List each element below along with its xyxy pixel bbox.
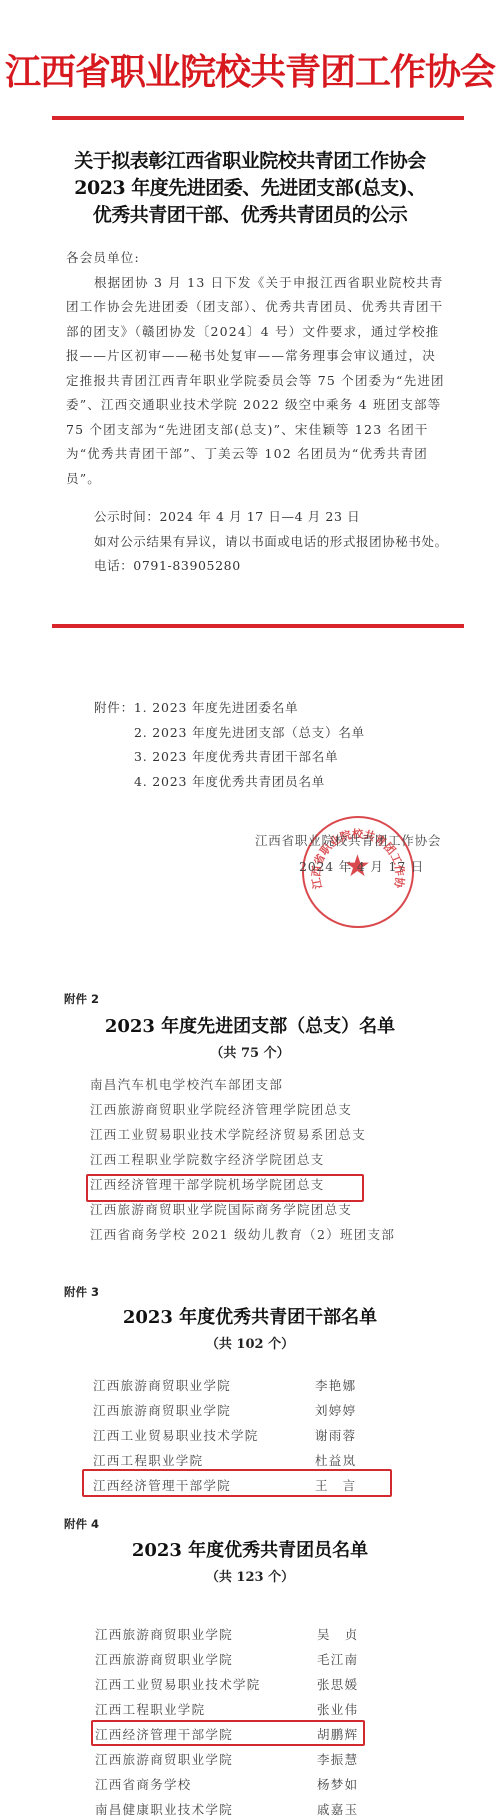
- highlight-box: [82, 1469, 392, 1497]
- annex3-count: （共 102 个）: [0, 1333, 500, 1352]
- list-item: 江西工业贸易职业技术学院经济贸易系团总支: [90, 1122, 395, 1147]
- attachments-label: 附件：: [94, 700, 134, 715]
- notice-period: 公示时间：2024 年 4 月 17 日—4 月 23 日: [94, 505, 474, 530]
- annex3-title: 2023 年度优秀共青团干部名单: [0, 1303, 500, 1329]
- letterhead-org-name: 江西省职业院校共青团工作协会: [0, 52, 500, 92]
- section-divider: [52, 624, 464, 628]
- person-name: 李艳娜: [315, 1373, 356, 1398]
- attachment-item: 2. 2023 年度先进团支部（总支）名单: [94, 721, 365, 746]
- annex4-list: 江西旅游商贸职业学院吴 贞 江西旅游商贸职业学院毛江南 江西工业贸易职业技术学院…: [95, 1622, 261, 1816]
- person-name: 张思媛: [317, 1672, 358, 1697]
- highlight-box: [91, 1720, 365, 1746]
- list-item: 南昌汽车机电学校汽车部团支部: [90, 1072, 395, 1097]
- school: 江西工程职业学院: [95, 1702, 205, 1717]
- list-item: 江西工程职业学院数字经济学院团总支: [90, 1147, 395, 1172]
- annex2-count: （共 75 个）: [0, 1042, 500, 1061]
- school: 江西旅游商贸职业学院: [95, 1752, 233, 1767]
- annex4-title: 2023 年度优秀共青团员名单: [0, 1536, 500, 1562]
- letterhead-divider: [52, 116, 464, 120]
- notice-objection: 如对公示结果有异议，请以书面或电话的形式报团协秘书处。: [94, 530, 474, 555]
- signature-date: 2024 年 4 月 17 日: [255, 854, 441, 880]
- highlight-box: [86, 1174, 364, 1202]
- table-row: 江西旅游商贸职业学院李艳娜: [93, 1373, 259, 1398]
- table-row: 江西工业贸易职业技术学院谢雨蓉: [93, 1423, 259, 1448]
- person-name: 李振慧: [317, 1747, 358, 1772]
- notice-title-line-1: 关于拟表彰江西省职业院校共青团工作协会: [0, 148, 500, 175]
- attachment-item: 4. 2023 年度优秀共青团员名单: [94, 770, 365, 795]
- attachment-item: 3. 2023 年度优秀共青团干部名单: [94, 745, 365, 770]
- annex2-title: 2023 年度先进团支部（总支）名单: [0, 1012, 500, 1038]
- notice-body: 各会员单位: 根据团协 3 月 13 日下发《关于申报江西省职业院校共青团工作协…: [66, 246, 446, 491]
- school: 江西旅游商贸职业学院: [95, 1627, 233, 1642]
- person-name: 谢雨蓉: [315, 1423, 356, 1448]
- table-row: 江西旅游商贸职业学院吴 贞: [95, 1622, 261, 1647]
- table-row: 江西旅游商贸职业学院毛江南: [95, 1647, 261, 1672]
- person-name: 戚嘉玉: [317, 1797, 358, 1816]
- annex2-label: 附件 2: [64, 991, 99, 1007]
- school: 江西旅游商贸职业学院: [95, 1652, 233, 1667]
- annex3-label: 附件 3: [64, 1284, 99, 1300]
- notice-title: 关于拟表彰江西省职业院校共青团工作协会 2023 年度先进团委、先进团支部(总支…: [0, 148, 500, 229]
- school: 南昌健康职业技术学院: [95, 1802, 233, 1816]
- annex4-label: 附件 4: [64, 1516, 99, 1532]
- body-paragraph: 根据团协 3 月 13 日下发《关于申报江西省职业院校共青团工作协会先进团委（团…: [66, 271, 446, 492]
- school: 江西工业贸易职业技术学院: [93, 1428, 259, 1443]
- person-name: 刘婷婷: [315, 1398, 356, 1423]
- signature-org: 江西省职业院校共青团工作协会: [255, 828, 441, 854]
- table-row: 江西工程职业学院张业伟: [95, 1697, 261, 1722]
- table-row: 江西省商务学校杨梦如: [95, 1772, 261, 1797]
- school: 江西省商务学校: [95, 1777, 192, 1792]
- salutation: 各会员单位:: [66, 246, 446, 271]
- signature-block: 江西省职业院校共青团工作协会 2024 年 4 月 17 日: [255, 828, 441, 880]
- table-row: 江西旅游商贸职业学院刘婷婷: [93, 1398, 259, 1423]
- attachments-list: 附件：1. 2023 年度先进团委名单 2. 2023 年度先进团支部（总支）名…: [94, 696, 365, 794]
- notice-title-line-3: 优秀共青团干部、优秀共青团员的公示: [0, 202, 500, 229]
- list-item: 江西省商务学校 2021 级幼儿教育（2）班团支部: [90, 1222, 395, 1247]
- school: 江西旅游商贸职业学院: [93, 1378, 231, 1393]
- school: 江西工程职业学院: [93, 1453, 203, 1468]
- table-row: 南昌健康职业技术学院戚嘉玉: [95, 1797, 261, 1816]
- notice-phone: 电话：0791-83905280: [94, 554, 474, 579]
- person-name: 杨梦如: [317, 1772, 358, 1797]
- table-row: 江西旅游商贸职业学院李振慧: [95, 1747, 261, 1772]
- annex4-count: （共 123 个）: [0, 1566, 500, 1585]
- attachment-item: 附件：1. 2023 年度先进团委名单: [94, 696, 365, 721]
- annex2-list: 南昌汽车机电学校汽车部团支部 江西旅游商贸职业学院经济管理学院团总支 江西工业贸…: [90, 1072, 395, 1247]
- school: 江西工业贸易职业技术学院: [95, 1677, 261, 1692]
- person-name: 吴 贞: [317, 1622, 358, 1647]
- table-row: 江西工业贸易职业技术学院张思媛: [95, 1672, 261, 1697]
- list-item: 江西旅游商贸职业学院经济管理学院团总支: [90, 1097, 395, 1122]
- school: 江西旅游商贸职业学院: [93, 1403, 231, 1418]
- person-name: 毛江南: [317, 1647, 358, 1672]
- notice-title-line-2: 2023 年度先进团委、先进团支部(总支)、: [0, 175, 500, 202]
- notice-details: 公示时间：2024 年 4 月 17 日—4 月 23 日 如对公示结果有异议，…: [94, 505, 474, 579]
- person-name: 张业伟: [317, 1697, 358, 1722]
